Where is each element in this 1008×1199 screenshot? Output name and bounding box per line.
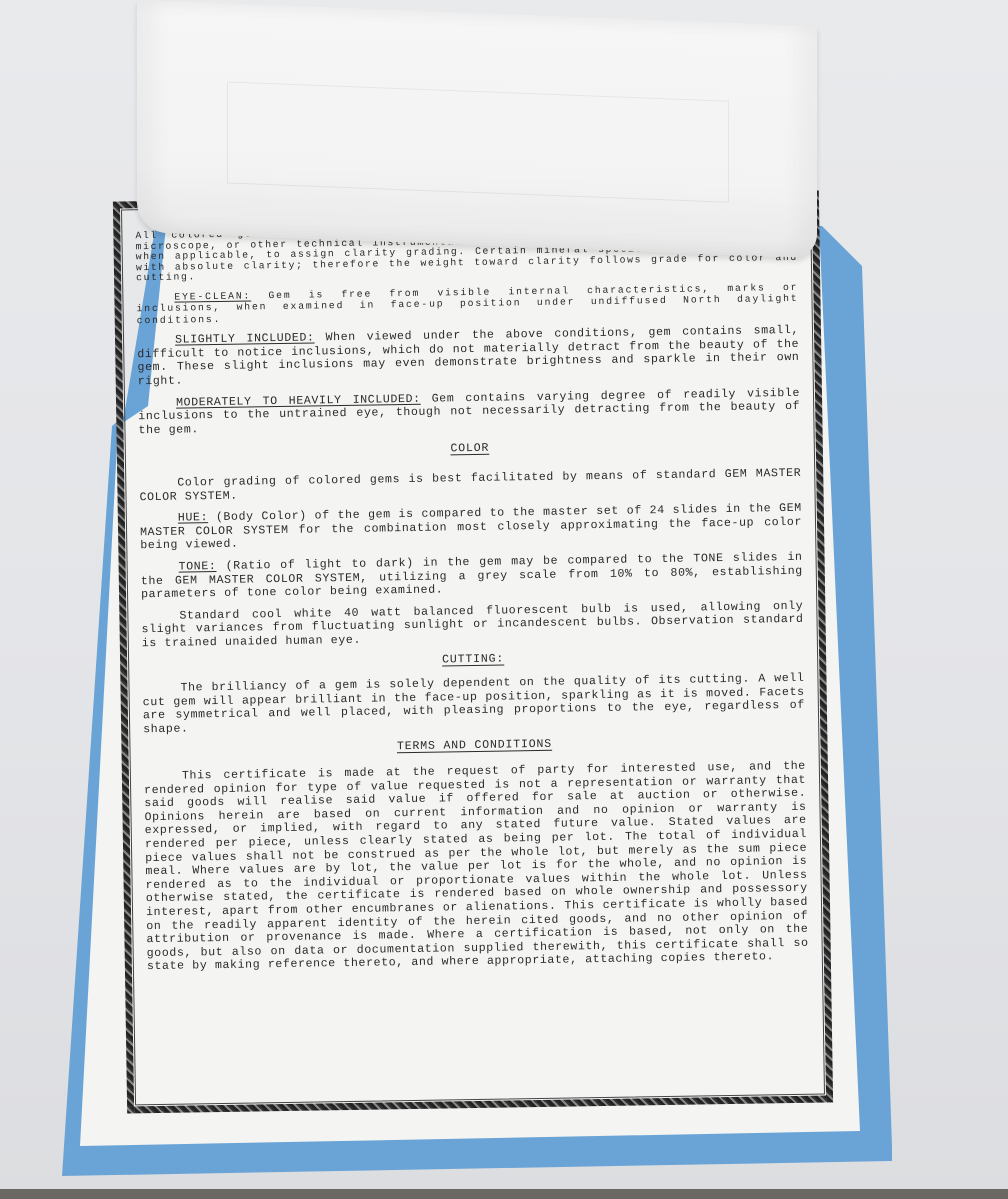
cutting-text: The brilliancy of a gem is solely depend… [142, 672, 805, 737]
section-heading-terms: TERMS AND CONDITIONS [143, 734, 805, 758]
table-surface-edge [0, 1189, 1008, 1199]
color-lighting: Standard cool white 40 watt balanced flu… [141, 599, 804, 650]
clarity-eye-clean: EYE-CLEAN: Gem is free from visible inte… [136, 282, 798, 327]
folded-top-sheet [137, 0, 817, 258]
term-label: EYE-CLEAN: [174, 290, 251, 302]
clarity-moderately-heavily-included: MODERATELY TO HEAVILY INCLUDED: Gem cont… [138, 386, 801, 437]
terms-text: This certificate is made at the request … [144, 760, 809, 974]
show-through-table [227, 81, 729, 202]
color-intro: Color grading of colored gems is best fa… [139, 467, 801, 505]
term-label: TONE: [179, 560, 217, 574]
certificate-text: All colored gems are graded by the train… [135, 221, 810, 1093]
color-hue: HUE: (Body Color) of the gem is compared… [140, 502, 803, 553]
certificate-frame: All colored gems are graded by the train… [113, 191, 833, 1114]
section-heading-color: COLOR [139, 437, 801, 461]
section-heading-cutting: CUTTING: [142, 648, 804, 672]
clarity-slightly-included: SLIGHTLY INCLUDED: When viewed under the… [137, 324, 800, 389]
color-tone: TONE: (Ratio of light to dark) in the ge… [141, 551, 804, 602]
term-label: HUE: [178, 511, 208, 524]
